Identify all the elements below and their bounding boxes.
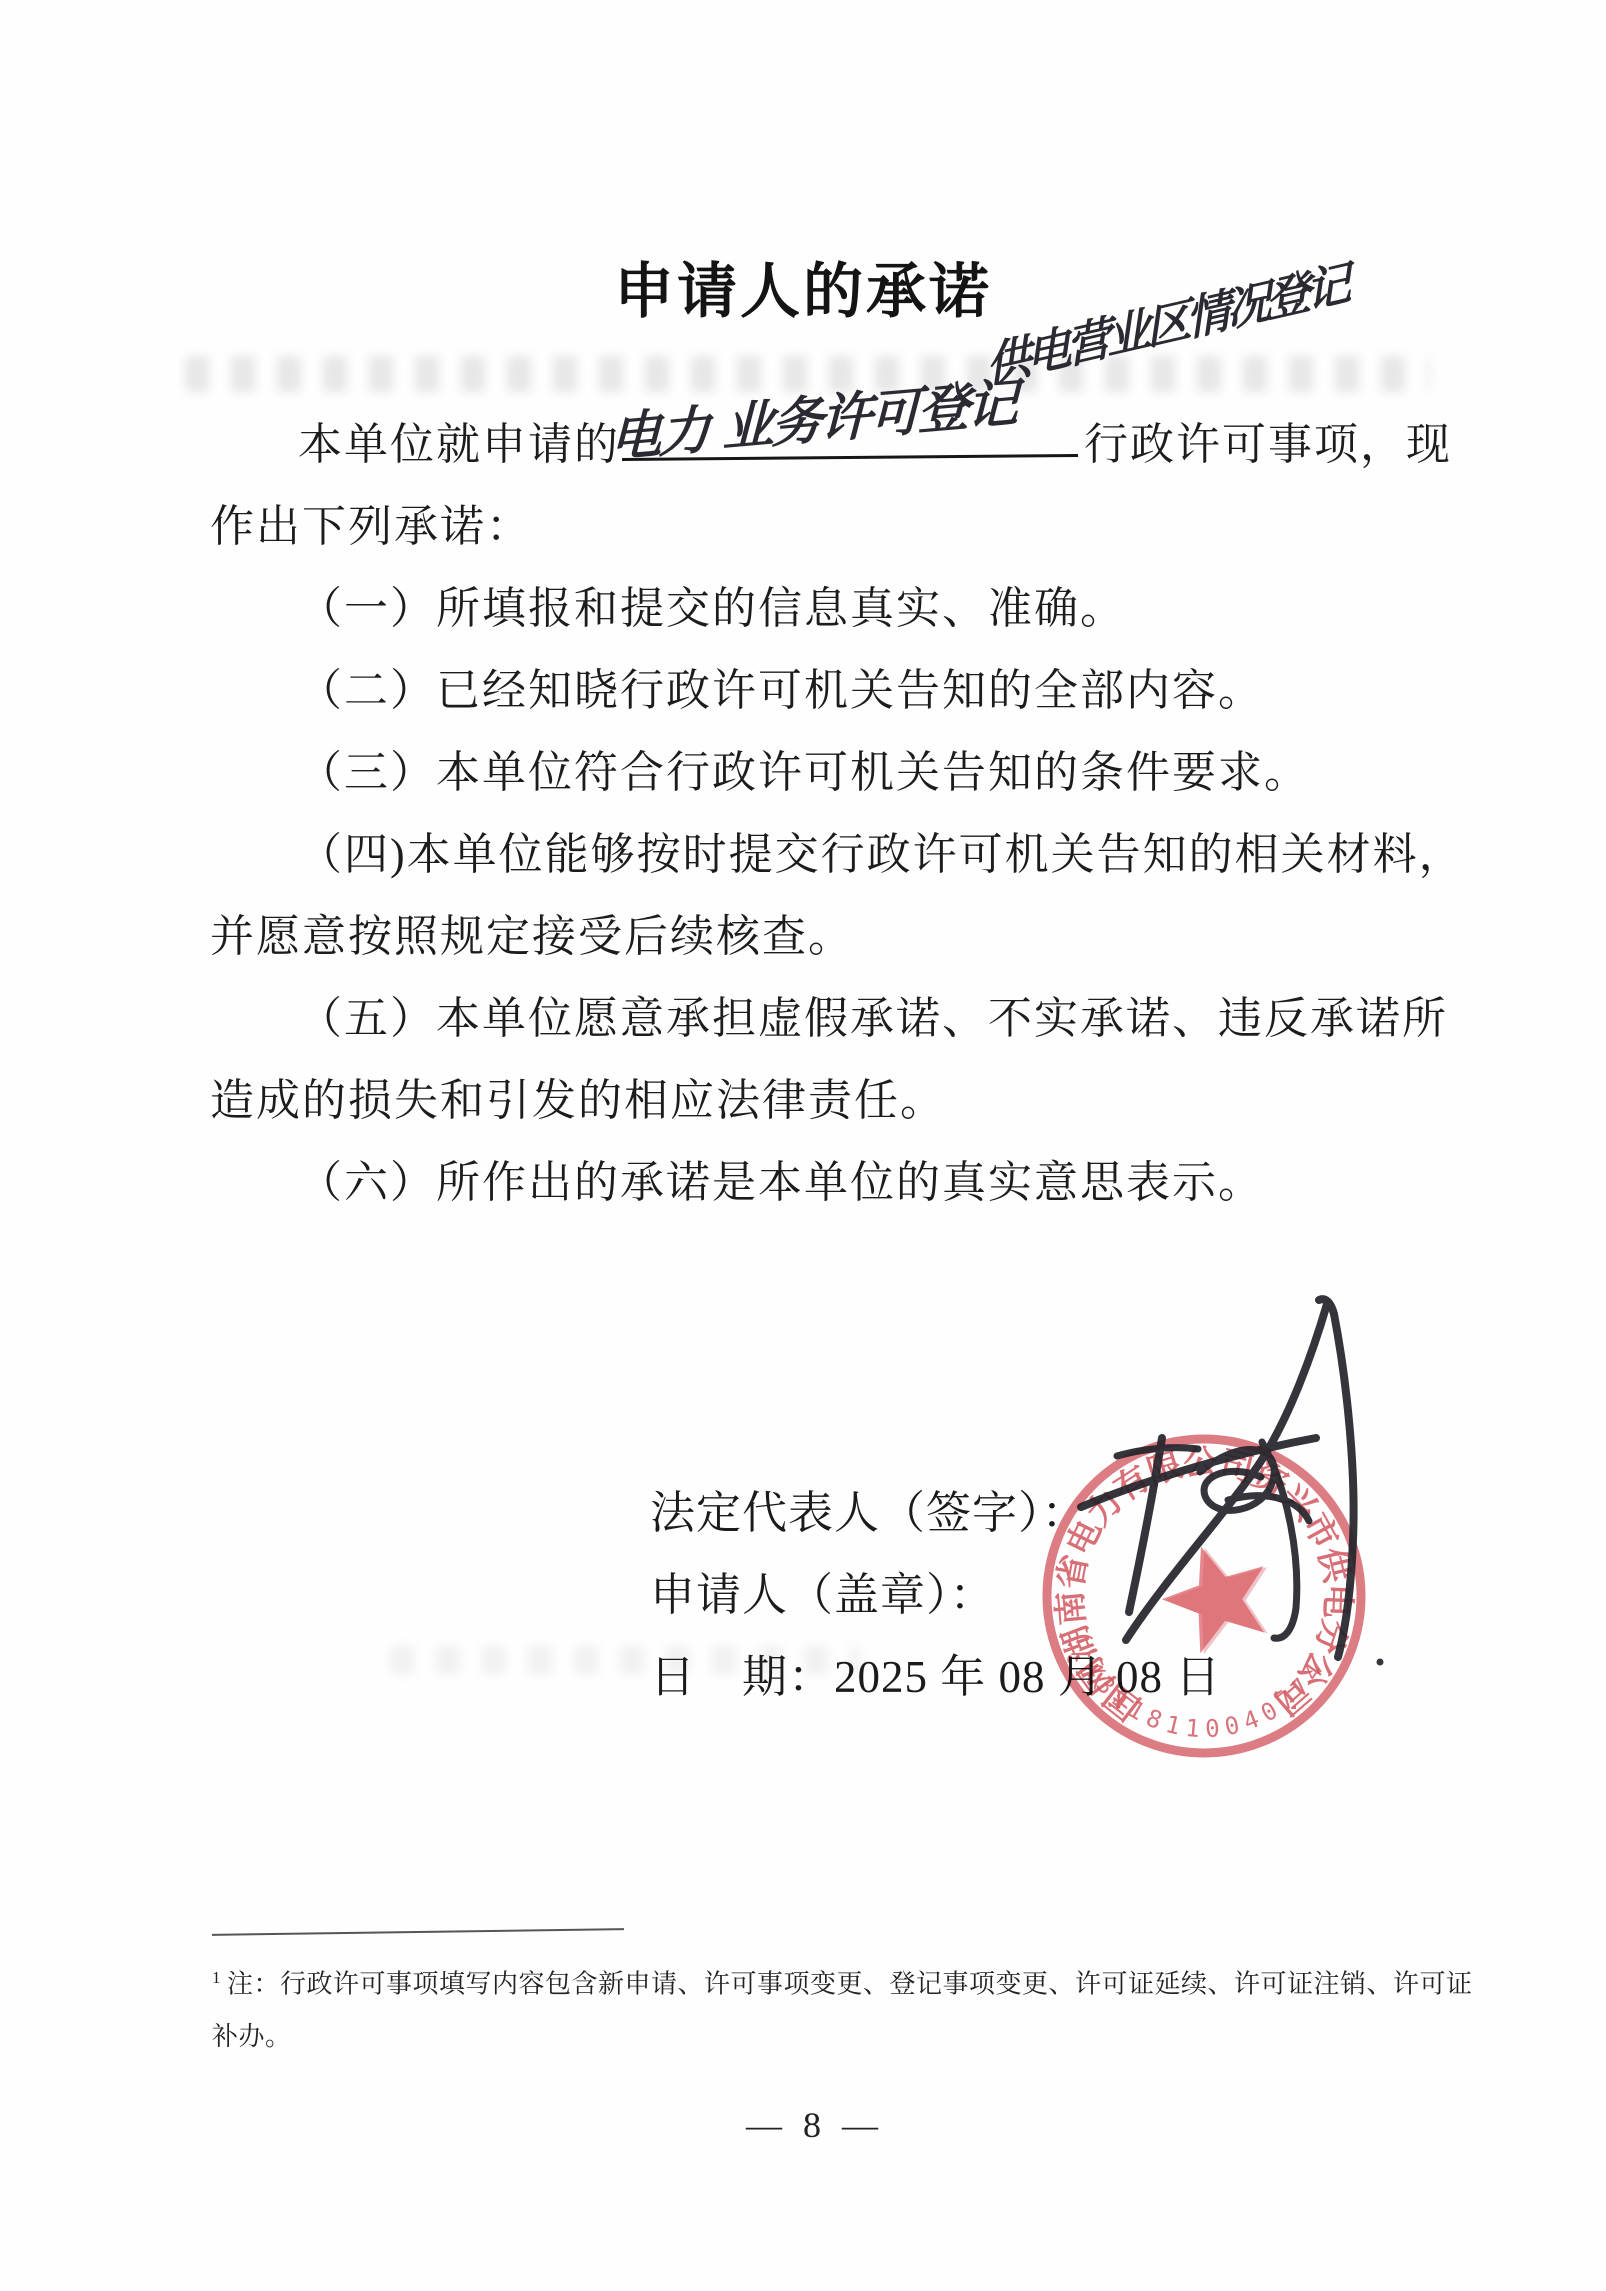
intro-suffix: 行政许可事项，现 — [1084, 420, 1452, 469]
footnote-marker: 1 — [212, 1968, 221, 1987]
commitment-item-4-line-1: （四)本单位能够按时提交行政许可机关告知的相关材料， — [210, 814, 1462, 896]
signature-block: 法定代表人（签字）： 申请人（盖章）： 日 期：2025 年 08 月 08 日 — [650, 1472, 1221, 1718]
commitment-item-5-line-2: 造成的损失和引发的相应法律责任。 — [210, 1060, 1462, 1142]
intro-line-2: 作出下列承诺： — [210, 486, 1462, 568]
commitment-item-4-line-2: 并愿意按照规定接受后续核查。 — [210, 896, 1462, 978]
date-line: 日 期：2025 年 08 月 08 日 — [650, 1636, 1221, 1718]
page-title: 申请人的承诺 — [0, 244, 1606, 330]
document-page: 申请人的承诺 本单位就申请的行政许可事项，现 作出下列承诺： （一）所填报和提交… — [0, 0, 1606, 2291]
footnote-separator — [212, 1928, 624, 1936]
body-text: 本单位就申请的行政许可事项，现 作出下列承诺： （一）所填报和提交的信息真实、准… — [210, 404, 1462, 1224]
footnote-text: 注：行政许可事项填写内容包含新申请、许可事项变更、登记事项变更、许可证延续、许可… — [212, 1970, 1473, 2051]
applicant-seal-label: 申请人（盖章）： — [650, 1554, 1221, 1636]
date-label: 日 期： — [650, 1652, 834, 1702]
legal-representative-label: 法定代表人（签字）： — [650, 1472, 1221, 1554]
footnote: 1注：行政许可事项填写内容包含新申请、许可事项变更、登记事项变更、许可证延续、许… — [212, 1952, 1474, 2063]
commitment-item-5-line-1: （五）本单位愿意承担虚假承诺、不实承诺、违反承诺所 — [210, 978, 1462, 1060]
commitment-item-2: （二）已经知晓行政许可机关告知的全部内容。 — [210, 650, 1462, 732]
page-number: — 8 — — [0, 2104, 1606, 2146]
commitment-item-3: （三）本单位符合行政许可机关告知的条件要求。 — [210, 732, 1462, 814]
ink-dot — [1377, 1659, 1384, 1666]
intro-prefix: 本单位就申请的 — [298, 420, 620, 469]
commitment-item-6: （六）所作出的承诺是本单位的真实意思表示。 — [210, 1142, 1462, 1224]
commitment-item-1: （一）所填报和提交的信息真实、准确。 — [210, 568, 1462, 650]
date-value: 2025 年 08 月 08 日 — [834, 1652, 1221, 1702]
